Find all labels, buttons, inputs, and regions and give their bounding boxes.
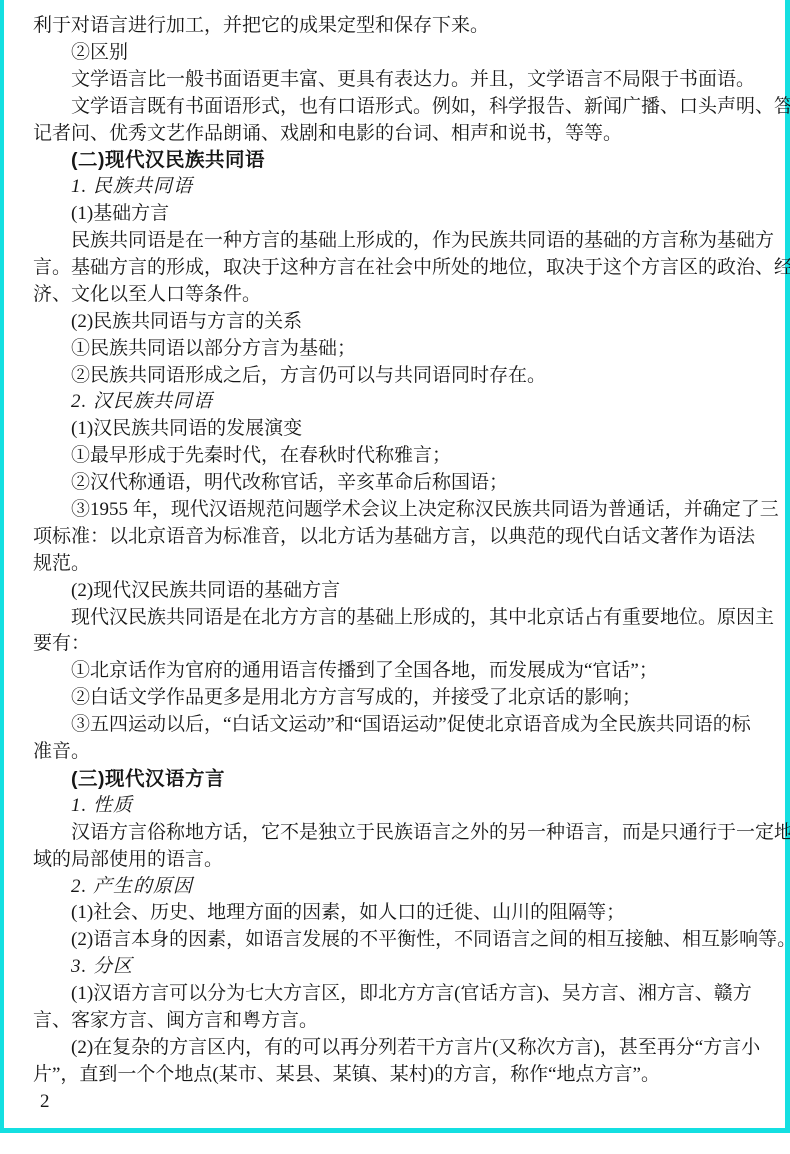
text-line: 要有： bbox=[33, 631, 755, 658]
page-number: 2 bbox=[33, 1089, 755, 1116]
text-line: 汉语方言俗称地方话，它不是独立于民族语言之外的另一种语言，而是只通行于一定地 bbox=[33, 820, 755, 847]
text-line: 准音。 bbox=[33, 739, 755, 766]
text-line: ①最早形成于先秦时代，在春秋时代称雅言； bbox=[33, 443, 755, 470]
text-line: ①民族共同语以部分方言为基础； bbox=[33, 336, 755, 363]
text-line: (2)现代汉民族共同语的基础方言 bbox=[33, 578, 755, 605]
page-border-right bbox=[785, 0, 790, 1133]
text-line: (1)社会、历史、地理方面的因素，如人口的迁徙、山川的阻隔等； bbox=[33, 900, 755, 927]
text-line: ②区别 bbox=[33, 40, 755, 67]
text-line: ②汉代称通语，明代改称官话，辛亥革命后称国语； bbox=[33, 470, 755, 497]
text-line: ②白话文学作品更多是用北方方言写成的，并接受了北京话的影响； bbox=[33, 685, 755, 712]
text-line: 济、文化以至人口等条件。 bbox=[33, 282, 755, 309]
text-line: 规范。 bbox=[33, 551, 755, 578]
text-line: 民族共同语是在一种方言的基础上形成的，作为民族共同语的基础的方言称为基础方 bbox=[33, 228, 755, 255]
text-line: 言、客家方言、闽方言和粤方言。 bbox=[33, 1008, 755, 1035]
text-line: 文学语言比一般书面语更丰富、更具有表达力。并且，文学语言不局限于书面语。 bbox=[33, 67, 755, 94]
text-line: ③1955 年，现代汉语规范问题学术会议上决定称汉民族共同语为普通话，并确定了三 bbox=[33, 497, 755, 524]
text-line: (1)汉民族共同语的发展演变 bbox=[33, 416, 755, 443]
text-line: ③五四运动以后，“白话文运动”和“国语运动”促使北京语音成为全民族共同语的标 bbox=[33, 712, 755, 739]
section-heading: (三)现代汉语方言 bbox=[33, 766, 755, 793]
text-line: (1)汉语方言可以分为七大方言区，即北方方言(官话方言)、吴方言、湘方言、赣方 bbox=[33, 981, 755, 1008]
numbered-subheading: 3. 分区 bbox=[33, 954, 755, 981]
text-line: 现代汉民族共同语是在北方方言的基础上形成的，其中北京话占有重要地位。原因主 bbox=[33, 605, 755, 632]
text-line: 利于对语言进行加工，并把它的成果定型和保存下来。 bbox=[33, 13, 755, 40]
text-line: 记者问、优秀文艺作品朗诵、戏剧和电影的台词、相声和说书，等等。 bbox=[33, 121, 755, 148]
page-border-bottom bbox=[0, 1128, 790, 1133]
text-line: (1)基础方言 bbox=[33, 201, 755, 228]
book-page: 利于对语言进行加工，并把它的成果定型和保存下来。②区别文学语言比一般书面语更丰富… bbox=[0, 0, 790, 1154]
numbered-subheading: 1. 民族共同语 bbox=[33, 174, 755, 201]
text-line: (2)语言本身的因素，如语言发展的不平衡性，不同语言之间的相互接触、相互影响等。 bbox=[33, 927, 755, 954]
text-line: 片”，直到一个个地点(某市、某县、某镇、某村)的方言，称作“地点方言”。 bbox=[33, 1062, 755, 1089]
text-line: 域的局部使用的语言。 bbox=[33, 847, 755, 874]
page-content: 利于对语言进行加工，并把它的成果定型和保存下来。②区别文学语言比一般书面语更丰富… bbox=[33, 13, 755, 1116]
text-line: (2)在复杂的方言区内，有的可以再分列若干方言片(又称次方言)，甚至再分“方言小 bbox=[33, 1035, 755, 1062]
text-line: ②民族共同语形成之后，方言仍可以与共同语同时存在。 bbox=[33, 363, 755, 390]
text-line: 言。基础方言的形成，取决于这种方言在社会中所处的地位，取决于这个方言区的政治、经 bbox=[33, 255, 755, 282]
section-heading: (二)现代汉民族共同语 bbox=[33, 147, 755, 174]
numbered-subheading: 2. 汉民族共同语 bbox=[33, 389, 755, 416]
numbered-subheading: 2. 产生的原因 bbox=[33, 874, 755, 901]
text-line: ①北京话作为官府的通用语言传播到了全国各地，而发展成为“官话”； bbox=[33, 658, 755, 685]
page-border-left bbox=[0, 0, 4, 1133]
text-line: 项标准：以北京语音为标准音，以北方话为基础方言，以典范的现代白话文著作为语法 bbox=[33, 524, 755, 551]
text-line: (2)民族共同语与方言的关系 bbox=[33, 309, 755, 336]
numbered-subheading: 1. 性质 bbox=[33, 793, 755, 820]
text-line: 文学语言既有书面语形式，也有口语形式。例如，科学报告、新闻广播、口头声明、答 bbox=[33, 94, 755, 121]
text-lines: 利于对语言进行加工，并把它的成果定型和保存下来。②区别文学语言比一般书面语更丰富… bbox=[33, 13, 755, 1089]
